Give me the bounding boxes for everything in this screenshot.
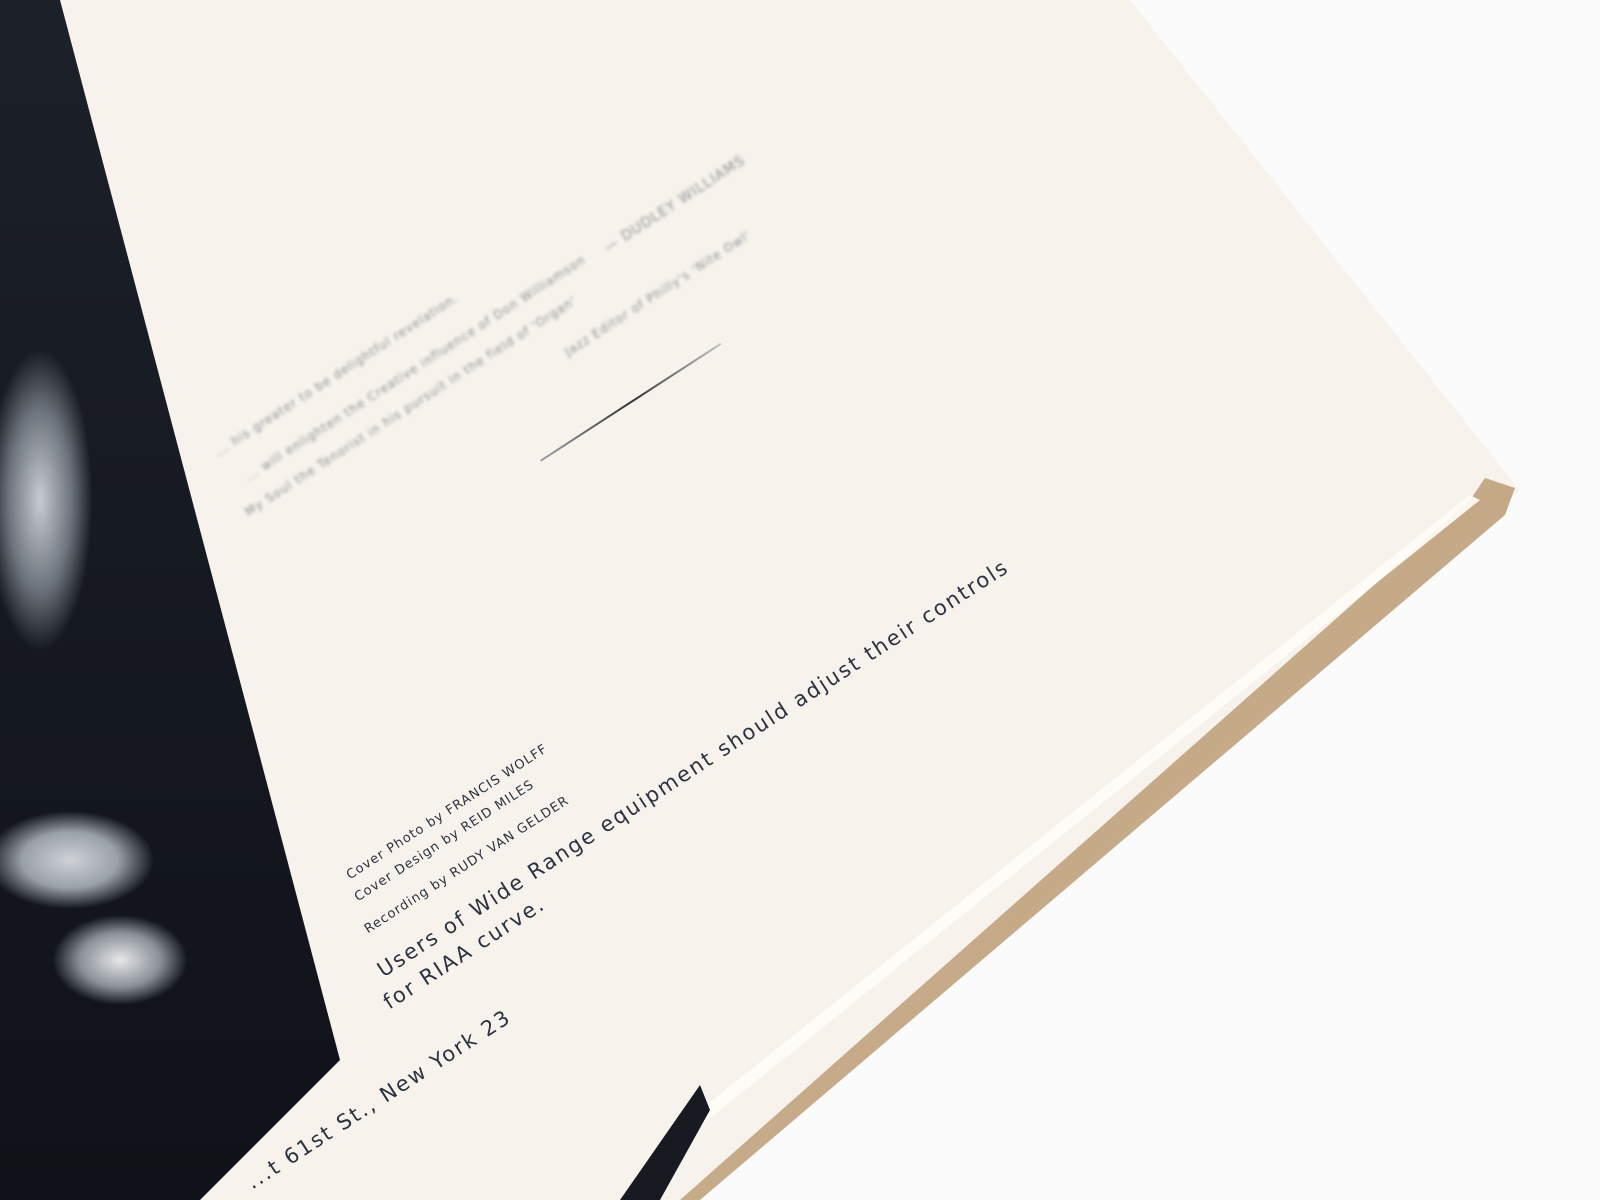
photo-scene: My Soul the Tenorist in his pursuit in t… xyxy=(0,0,1600,1200)
